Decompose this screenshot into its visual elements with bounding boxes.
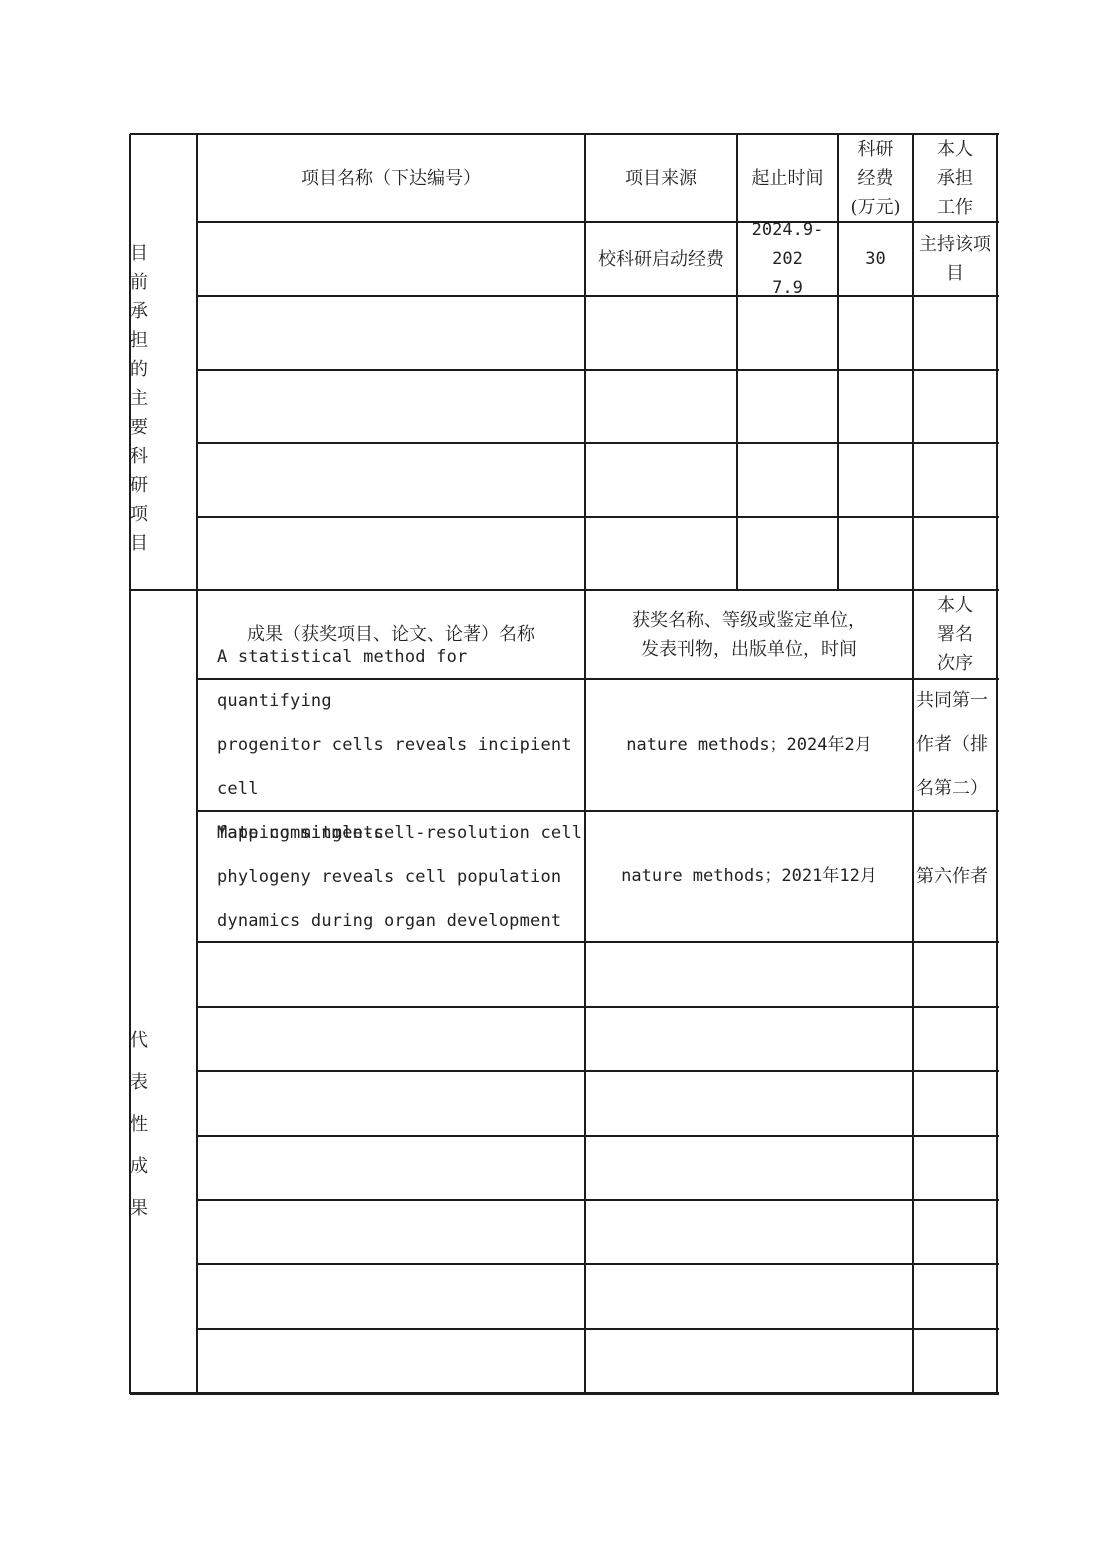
result-title-cell <box>197 1007 585 1071</box>
author-order-cell <box>913 1264 997 1329</box>
project-name-cell <box>197 370 585 443</box>
result-venue-cell <box>585 1007 913 1071</box>
result-venue-cell <box>585 942 913 1007</box>
result-venue-cell <box>585 1329 913 1393</box>
author-order-cell <box>913 1200 997 1264</box>
header-project-name: 项目名称（下达编号） <box>197 134 585 222</box>
header-period: 起止时间 <box>737 134 838 222</box>
project-period-cell <box>737 296 838 370</box>
side-label-current-projects: 目前承担的主要科研项目 <box>130 134 197 590</box>
header-funding: 科研经费(万元) <box>838 134 913 222</box>
project-role-cell <box>913 517 997 590</box>
result-title-cell <box>197 1200 585 1264</box>
project-funding-cell <box>838 517 913 590</box>
result-venue-cell <box>585 1071 913 1136</box>
project-source-cell <box>585 443 737 517</box>
result-title-cell <box>197 942 585 1007</box>
project-name-cell <box>197 296 585 370</box>
project-role-cell: 主持该项目 <box>913 222 997 296</box>
project-period-cell <box>737 443 838 517</box>
project-funding-cell <box>838 443 913 517</box>
result-title-cell: Mapping single-cell-resolution cellphylo… <box>197 811 585 942</box>
author-order-cell: 第六作者 <box>913 811 997 942</box>
project-funding-cell <box>838 370 913 443</box>
result-venue-cell <box>585 1200 913 1264</box>
author-order-cell <box>913 1007 997 1071</box>
author-order-cell <box>913 1136 997 1200</box>
project-period-cell <box>737 517 838 590</box>
result-title-cell: A statistical method for quantifyingprog… <box>197 679 585 811</box>
result-title-cell <box>197 1329 585 1393</box>
project-source-cell: 校科研启动经费 <box>585 222 737 296</box>
project-name-cell <box>197 222 585 296</box>
result-venue-cell: nature methods；2021年12月 <box>585 811 913 942</box>
header-author-order: 本人署名次序 <box>913 590 997 679</box>
result-title-cell <box>197 1071 585 1136</box>
document-page: 目前承担的主要科研项目项目名称（下达编号）项目来源起止时间科研经费(万元)本人承… <box>0 0 1102 1559</box>
side-label-representative-results: 代表性成果 <box>130 590 197 1393</box>
author-order-cell <box>913 1071 997 1136</box>
project-role-cell <box>913 370 997 443</box>
author-order-cell <box>913 942 997 1007</box>
header-result-venue: 获奖名称、等级或鉴定单位，发表刊物，出版单位，时间 <box>585 590 913 679</box>
project-role-cell <box>913 443 997 517</box>
header-project-source: 项目来源 <box>585 134 737 222</box>
project-source-cell <box>585 296 737 370</box>
project-period-cell <box>737 370 838 443</box>
result-title-cell <box>197 1136 585 1200</box>
project-funding-cell <box>838 296 913 370</box>
project-period-cell: 2024.9-2027.9 <box>737 222 838 296</box>
result-venue-cell: nature methods；2024年2月 <box>585 679 913 811</box>
header-role: 本人承担工作 <box>913 134 997 222</box>
result-venue-cell <box>585 1264 913 1329</box>
result-venue-cell <box>585 1136 913 1200</box>
author-order-cell: 共同第一作者（排名第二） <box>913 679 997 811</box>
project-role-cell <box>913 296 997 370</box>
project-source-cell <box>585 517 737 590</box>
author-order-cell <box>913 1329 997 1393</box>
project-funding-cell: 30 <box>838 222 913 296</box>
project-source-cell <box>585 370 737 443</box>
project-name-cell <box>197 443 585 517</box>
result-title-cell <box>197 1264 585 1329</box>
project-name-cell <box>197 517 585 590</box>
